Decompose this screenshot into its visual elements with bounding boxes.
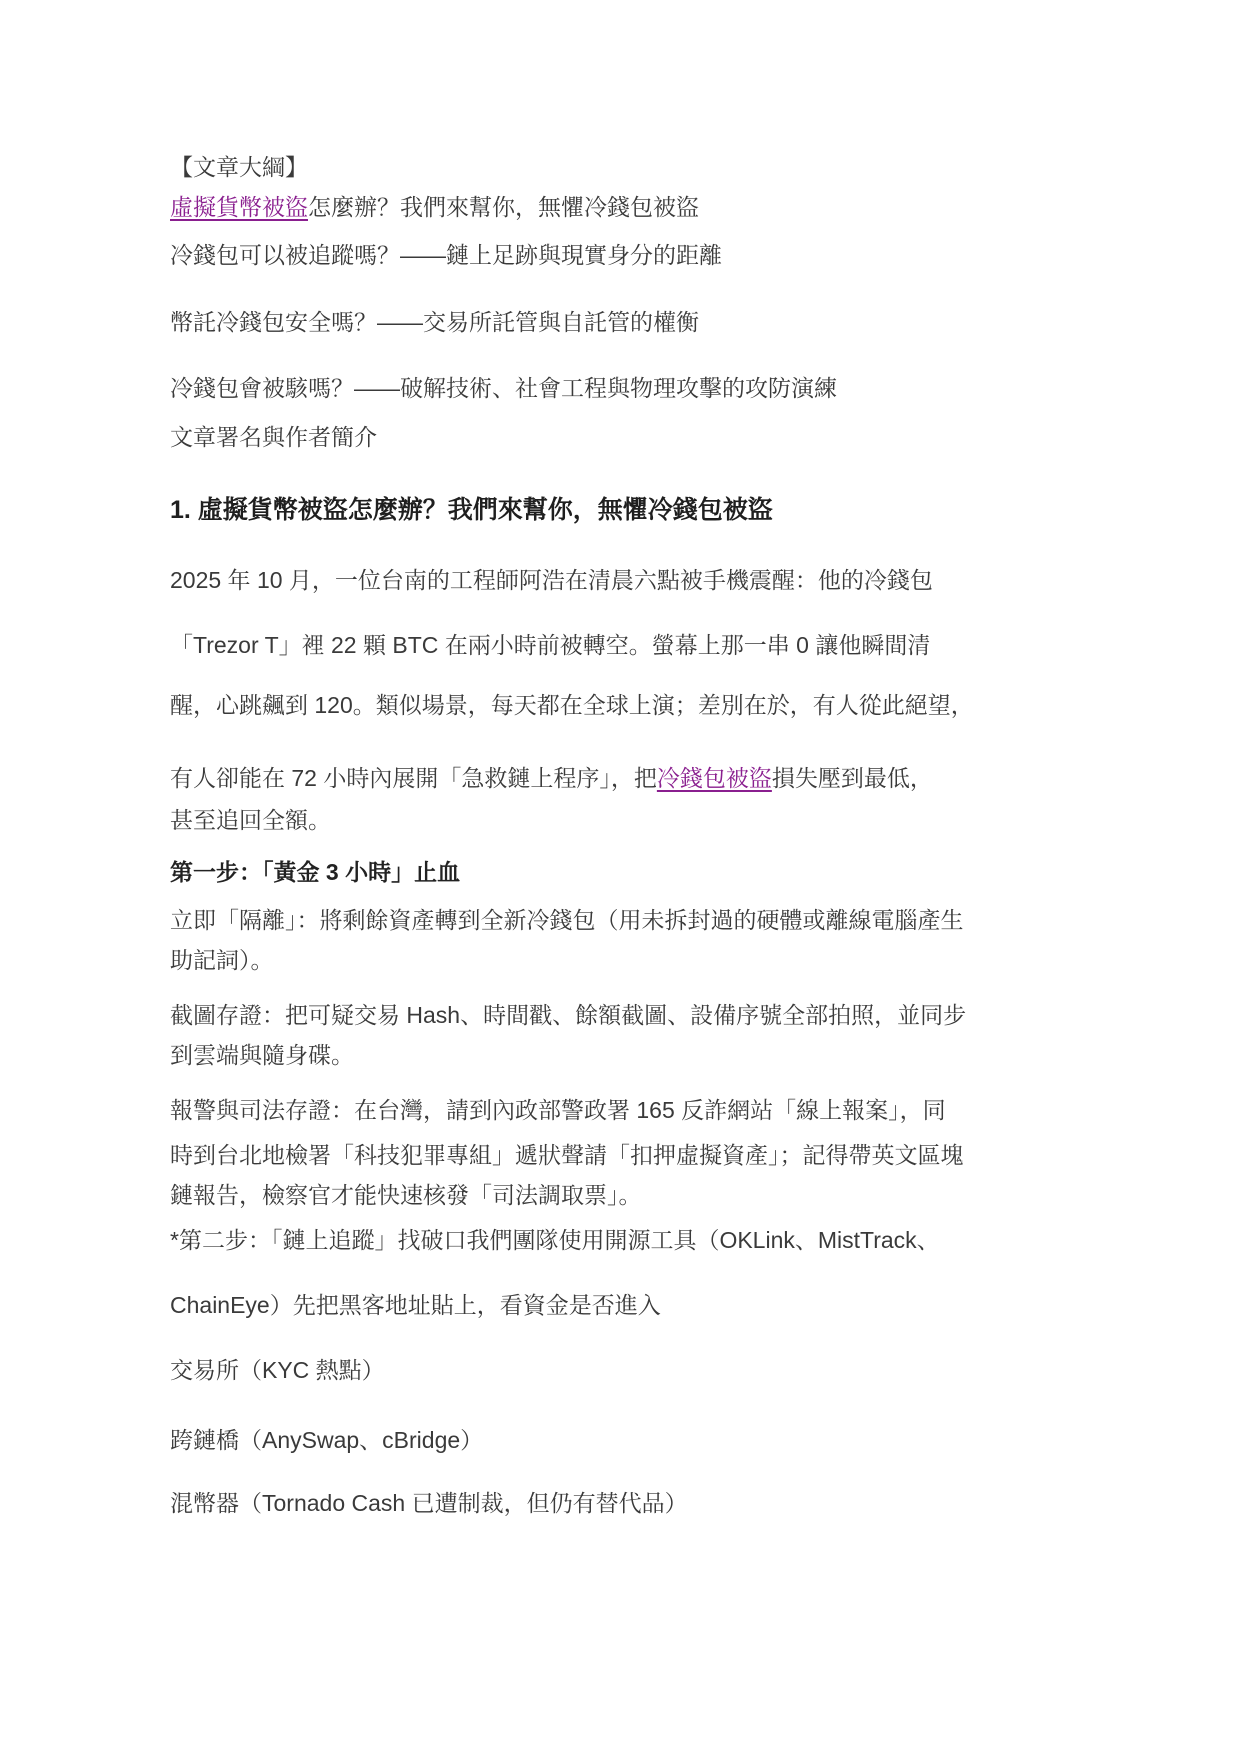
step-2-target-exchange: 交易所（KYC 熱點） xyxy=(170,1355,1081,1385)
step-2-intro-line-2: ChainEye）先把黑客地址貼上，看資金是否進入 xyxy=(170,1290,1081,1320)
step-1-bullet-3-line-2: 時到台北地檢署「科技犯罪專組」遞狀聲請「扣押虛擬資產」；記得帶英文區塊 xyxy=(170,1140,1081,1170)
step-2-target-mixer: 混幣器（Tornado Cash 已遭制裁，但仍有替代品） xyxy=(170,1488,1081,1518)
step-1-heading: 第一步：「黃金 3 小時」止血 xyxy=(170,857,1081,887)
intro-line-4-pre: 有人卻能在 72 小時內展開「急救鏈上程序」，把 xyxy=(170,765,657,791)
outline-item-5: 文章署名與作者簡介 xyxy=(170,422,1081,452)
document-page: 【文章大綱】 虛擬貨幣被盜怎麼辦？我們來幫你，無懼冷錢包被盜 冷錢包可以被追蹤嗎… xyxy=(0,0,1241,1754)
intro-line-4: 有人卻能在 72 小時內展開「急救鏈上程序」，把冷錢包被盜損失壓到最低， xyxy=(170,763,1081,793)
intro-line-4-post: 損失壓到最低， xyxy=(772,765,933,791)
step-2-intro-line-1: *第二步：「鏈上追蹤」找破口我們團隊使用開源工具（OKLink、MistTrac… xyxy=(170,1225,1081,1255)
intro-line-5: 甚至追回全額。 xyxy=(170,805,1081,835)
intro-line-1: 2025 年 10 月，一位台南的工程師阿浩在清晨六點被手機震醒：他的冷錢包 xyxy=(170,565,1081,595)
intro-line-3: 醒，心跳飆到 120。類似場景，每天都在全球上演；差別在於，有人從此絕望， xyxy=(170,690,1081,720)
link-cold-wallet-stolen[interactable]: 冷錢包被盜 xyxy=(657,765,772,791)
step-1-bullet-3-line-3: 鏈報告，檢察官才能快速核發「司法調取票」。 xyxy=(170,1180,1081,1210)
outline-item-2: 冷錢包可以被追蹤嗎？——鏈上足跡與現實身分的距離 xyxy=(170,240,1081,270)
outline-item-4: 冷錢包會被駭嗎？——破解技術、社會工程與物理攻擊的攻防演練 xyxy=(170,373,1081,403)
step-1-bullet-3-line-1: 報警與司法存證：在台灣，請到內政部警政署 165 反詐網站「線上報案」，同 xyxy=(170,1095,1081,1125)
intro-line-2: 「Trezor T」裡 22 顆 BTC 在兩小時前被轉空。螢幕上那一串 0 讓… xyxy=(170,630,1081,660)
link-virtual-currency-stolen[interactable]: 虛擬貨幣被盜 xyxy=(170,194,308,220)
step-1-bullet-2-line-1: 截圖存證：把可疑交易 Hash、時間戳、餘額截圖、設備序號全部拍照，並同步 xyxy=(170,1000,1081,1030)
outline-header: 【文章大綱】 xyxy=(170,152,1081,182)
outline-item-1-text: 怎麼辦？我們來幫你，無懼冷錢包被盜 xyxy=(308,194,699,220)
step-1-bullet-2-line-2: 到雲端與隨身碟。 xyxy=(170,1040,1081,1070)
section-1-heading: 1. 虛擬貨幣被盜怎麼辦？我們來幫你，無懼冷錢包被盜 xyxy=(170,492,1081,528)
step-1-bullet-1-line-1: 立即「隔離」：將剩餘資產轉到全新冷錢包（用未拆封過的硬體或離線電腦產生 xyxy=(170,905,1081,935)
outline-item-1: 虛擬貨幣被盜怎麼辦？我們來幫你，無懼冷錢包被盜 xyxy=(170,192,1081,222)
outline-item-3: 幣託冷錢包安全嗎？——交易所託管與自託管的權衡 xyxy=(170,307,1081,337)
step-2-target-bridge: 跨鏈橋（AnySwap、cBridge） xyxy=(170,1425,1081,1455)
step-1-bullet-1-line-2: 助記詞）。 xyxy=(170,945,1081,975)
